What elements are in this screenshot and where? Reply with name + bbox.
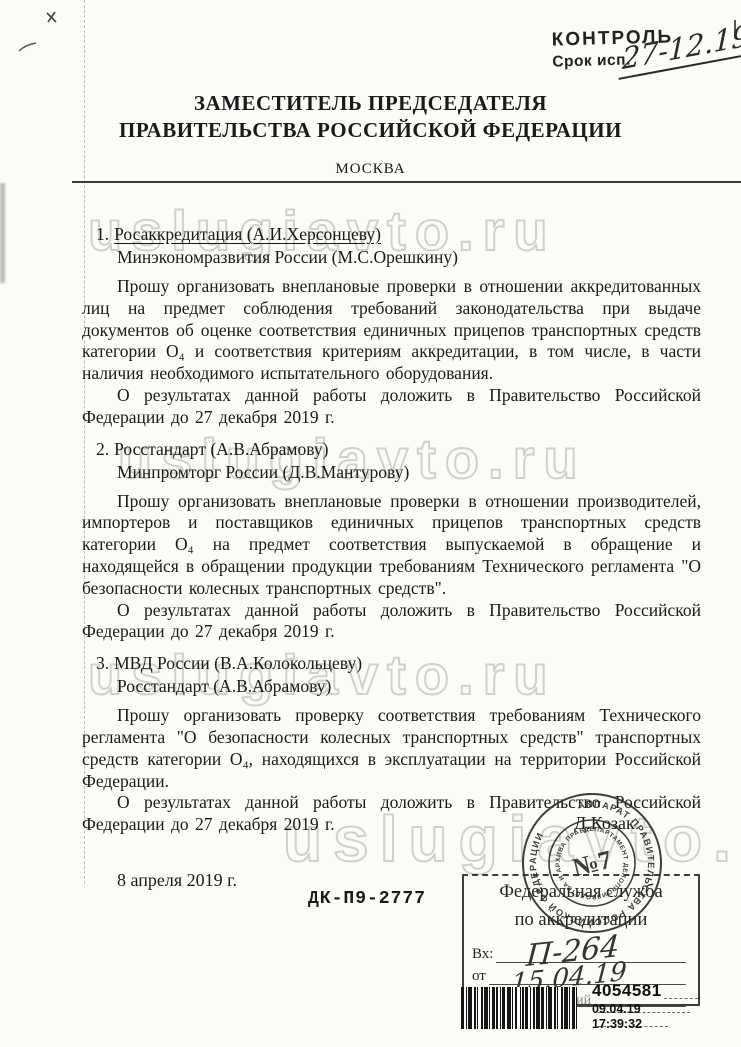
addressee-primary: Росстандарт (А.В.Абрамову) — [114, 439, 328, 459]
field-label: Вх: — [472, 946, 493, 963]
control-stamp: КОНТРОЛЬ Срок исп. 27-12.19 — [551, 26, 673, 71]
seal-number: №7 — [570, 845, 615, 883]
letterhead-line1: ЗАМЕСТИТЕЛЬ ПРЕДСЕДАТЕЛЯ — [0, 90, 741, 117]
addressee-secondary: Росстандарт (А.В.Абрамову) — [117, 675, 701, 698]
pen-mark-icon — [45, 10, 59, 29]
addressee-secondary: Минпромторг России (Д.В.Мантурову) — [117, 461, 701, 484]
paragraph-request-2: Прошу организовать внеплановые проверки … — [82, 491, 701, 600]
scan-edge-smudge — [0, 183, 5, 283]
field-label: от — [472, 968, 486, 985]
list-item-3: 3.МВД России (В.А.Колокольцеву) Росстанд… — [96, 652, 701, 698]
city-label: МОСКВА — [0, 161, 741, 178]
letter-body: 1.Росаккредитация (А.И.Херсонцеву) Минэк… — [82, 214, 701, 836]
addressee-secondary: Минэкономразвития России (М.С.Орешкину) — [117, 246, 701, 269]
item-number: 2. — [96, 439, 109, 459]
list-item-2: 2.Росстандарт (А.В.Абрамову) Минпромторг… — [96, 438, 701, 484]
issue-date: 8 апреля 2019 г. — [117, 870, 237, 891]
pen-stroke-icon — [18, 40, 38, 58]
letterhead-line2: ПРАВИТЕЛЬСТВА РОССИЙСКОЙ ФЕДЕРАЦИИ — [0, 117, 741, 144]
barcode — [461, 987, 577, 1029]
paragraph-request-1: Прошу организовать внеплановые проверки … — [82, 276, 701, 385]
letterhead: ЗАМЕСТИТЕЛЬ ПРЕДСЕДАТЕЛЯ ПРАВИТЕЛЬСТВА Р… — [0, 90, 741, 178]
registration-date: 09.04.19 — [592, 1002, 662, 1016]
stamp-dashed-line — [664, 998, 698, 999]
list-item-1: 1.Росаккредитация (А.И.Херсонцеву) Минэк… — [96, 223, 701, 269]
addressee-primary: МВД России (В.А.Колокольцеву) — [114, 653, 362, 673]
registration-time: 17:39:32 — [592, 1017, 662, 1031]
registration-number: 4054581 — [592, 981, 662, 1001]
document-page: КОНТРОЛЬ Срок исп. 27-12.19 ЗАМЕСТИТЕЛЬ … — [0, 0, 741, 1047]
item-number: 3. — [96, 653, 109, 673]
paragraph-report-2: О результатах данной работы доложить в П… — [82, 600, 701, 644]
paragraph-request-3: Прошу организовать проверку соответствия… — [82, 705, 701, 792]
field-row-incoming: Вх: П-264 — [472, 941, 686, 963]
registration-block: 4054581 09.04.19 17:39:32 — [592, 981, 662, 1031]
item-number: 1. — [96, 224, 109, 244]
addressee-primary: Росаккредитация (А.И.Херсонцеву) — [114, 224, 381, 244]
document-number: ДК-П9-2777 — [308, 889, 426, 909]
paragraph-report-1: О результатах данной работы доложить в П… — [82, 385, 701, 429]
letterhead-rule — [72, 181, 741, 183]
